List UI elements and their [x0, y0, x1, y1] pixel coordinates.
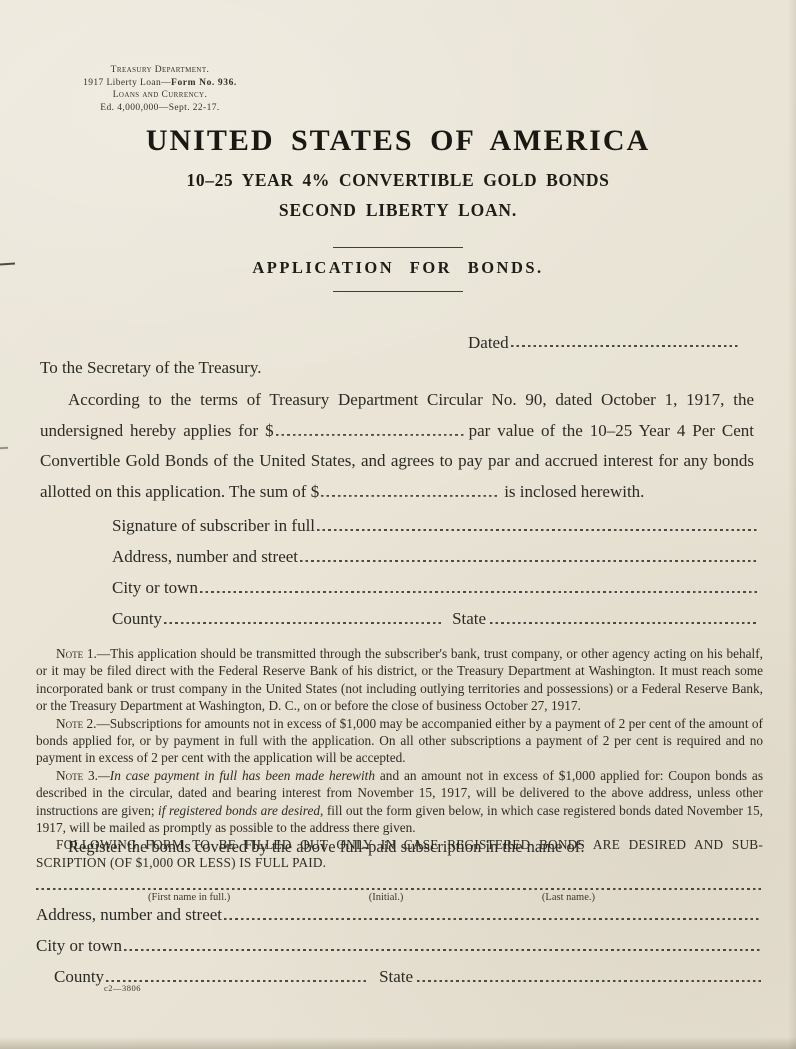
print-shop-code: c2—3806 [104, 983, 141, 993]
note-2-text: —Subscriptions for amounts not in excess… [36, 716, 763, 766]
loan-name-subtitle: SECOND LIBERTY LOAN. [0, 200, 796, 221]
signature-row: Signature of subscriber in full [112, 516, 760, 547]
registered-state-label: State [371, 967, 415, 987]
note-1-text: —This application should be transmitted … [36, 646, 763, 713]
city-input-line[interactable] [198, 578, 760, 597]
address-label: Address, number and street [112, 547, 298, 567]
name-part-labels: (First name in full.) (Initial.) (Last n… [36, 890, 763, 903]
imprint-bureau: Loans and Currency. [50, 89, 270, 102]
note-1: Note 1.—This application should be trans… [36, 645, 763, 715]
application-paragraph: According to the terms of Treasury Depar… [40, 385, 754, 507]
address-input-line[interactable] [298, 547, 760, 566]
dated-label: Dated [468, 333, 509, 353]
registered-county-label: County [54, 967, 104, 987]
par-value-input-line[interactable] [276, 423, 464, 436]
imprint-department: Treasury Department. [50, 64, 270, 77]
imprint-edition: Ed. 4,000,000—Sept. 22-17. [50, 102, 270, 115]
note-2: Note 2.—Subscriptions for amounts not in… [36, 715, 763, 767]
note-3-italic: —In case payment in full has been made h… [98, 768, 375, 783]
divider [333, 247, 463, 248]
city-label: City or town [112, 578, 198, 598]
initial-label: (Initial.) [369, 892, 404, 903]
salutation: To the Secretary of the Treasury. [40, 358, 261, 378]
registration-instruction: Register the bonds covered by the above … [40, 837, 756, 857]
address-row: Address, number and street [112, 547, 760, 578]
dated-input-line[interactable] [509, 333, 742, 351]
registered-county-state-row: County State [36, 967, 763, 998]
registered-address-label: Address, number and street [36, 905, 222, 925]
last-name-label: (Last name.) [542, 892, 595, 903]
registered-city-input-line[interactable] [122, 936, 763, 955]
registered-county-input-line[interactable] [104, 967, 371, 986]
scan-edge-mark [0, 447, 8, 450]
section-title: APPLICATION FOR BONDS. [0, 258, 796, 278]
bond-type-subtitle: 10–25 YEAR 4% CONVERTIBLE GOLD BONDS [0, 170, 796, 191]
bond-application-form-page: Treasury Department. 1917 Liberty Loan—F… [0, 0, 796, 1049]
registered-address-input-line[interactable] [222, 905, 763, 924]
page-title: UNITED STATES OF AMERICA [0, 124, 796, 158]
agency-imprint: Treasury Department. 1917 Liberty Loan—F… [50, 64, 270, 114]
paragraph-text: is inclosed herewith. [504, 482, 644, 501]
state-input-line[interactable] [488, 609, 760, 628]
registered-state-input-line[interactable] [415, 967, 763, 986]
note-3: Note 3.—In case payment in full has been… [36, 767, 763, 837]
subscriber-fields: Signature of subscriber in full Address,… [112, 516, 760, 640]
divider [333, 291, 463, 292]
signature-label: Signature of subscriber in full [112, 516, 315, 536]
signature-input-line[interactable] [315, 516, 760, 535]
first-name-label: (First name in full.) [148, 892, 230, 903]
county-input-line[interactable] [162, 609, 444, 628]
registration-fields: Address, number and street City or town … [36, 905, 763, 998]
sum-inclosed-input-line[interactable] [321, 484, 499, 497]
city-row: City or town [112, 578, 760, 609]
registered-name-field: (First name in full.) (Initial.) (Last n… [36, 878, 763, 903]
state-label: State [444, 609, 488, 629]
registered-city-row: City or town [36, 936, 763, 967]
county-state-row: County State [112, 609, 760, 640]
note-3-italic: if registered bonds are desired [158, 803, 320, 818]
note-3-label: Note 3. [56, 768, 98, 783]
note-2-label: Note 2. [56, 716, 96, 731]
imprint-form-number: 1917 Liberty Loan—Form No. 936. [50, 77, 270, 90]
form-header: UNITED STATES OF AMERICA 10–25 YEAR 4% C… [0, 124, 796, 221]
dated-row: Dated [468, 333, 742, 353]
registered-city-label: City or town [36, 936, 122, 956]
note-1-label: Note 1. [56, 646, 97, 661]
registered-address-row: Address, number and street [36, 905, 763, 936]
county-label: County [112, 609, 162, 629]
registered-name-input-line[interactable] [36, 878, 763, 890]
